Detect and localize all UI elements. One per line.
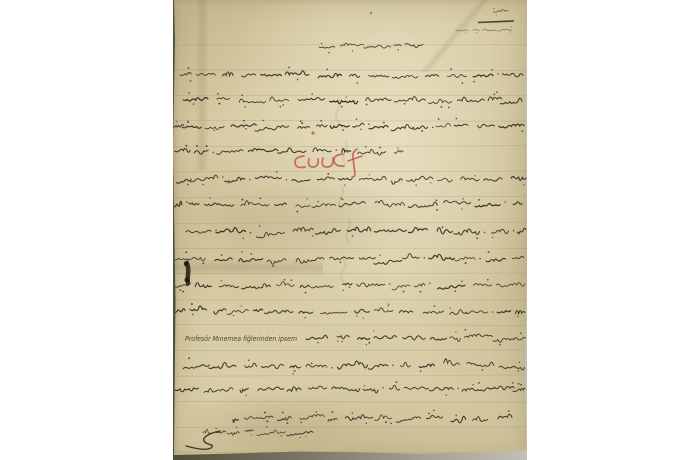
body-line-12 — [183, 357, 525, 374]
ruled-line — [173, 121, 527, 122]
red-pencil-scribble — [295, 149, 362, 177]
ruled-line — [173, 401, 527, 402]
ruled-line — [173, 70, 527, 71]
ruled-line — [173, 146, 527, 147]
body-line-7 — [186, 225, 526, 239]
body-line-2 — [183, 91, 522, 108]
ruled-line — [173, 197, 527, 198]
body-line-9 — [173, 279, 525, 294]
ruled-line — [173, 375, 527, 376]
body-line-14 — [233, 410, 512, 425]
manuscript-page: Profesör Minemea fiğlerinden ipsem — [173, 0, 527, 460]
handwriting-layer: Profesör Minemea fiğlerinden ipsem — [173, 0, 527, 460]
header-word — [493, 8, 508, 15]
ruled-line — [173, 171, 527, 172]
ruled-line — [173, 273, 527, 274]
body-line-13 — [175, 381, 526, 396]
body-line-1 — [180, 67, 523, 84]
bleedthrough-mark — [341, 258, 345, 283]
header-date-line — [455, 26, 512, 33]
ruled-line — [173, 452, 527, 453]
red-dot-mark — [311, 131, 314, 134]
body-line-8 — [174, 251, 524, 267]
body-line-6 — [173, 197, 522, 212]
body-line-10 — [173, 303, 525, 319]
signature-line — [203, 426, 313, 438]
body-line-3 — [173, 118, 524, 132]
document-scan: Profesör Minemea fiğlerinden ipsem — [173, 0, 527, 460]
body-line-5 — [177, 171, 527, 186]
latin-script-fragment: Profesör Minemea fiğlerinden ipsem — [185, 335, 297, 343]
ruled-line — [173, 325, 527, 326]
body-line-11-arabic-part — [306, 329, 526, 346]
signature-flourish — [186, 431, 220, 449]
heading-line — [319, 43, 423, 54]
scanned-document-screenshot: Profesör Minemea fiğlerinden ipsem — [0, 0, 700, 460]
ink-speck — [370, 12, 372, 14]
header-underline — [478, 21, 514, 23]
staple-mark — [184, 261, 190, 285]
bleedthrough-mark — [343, 140, 347, 165]
